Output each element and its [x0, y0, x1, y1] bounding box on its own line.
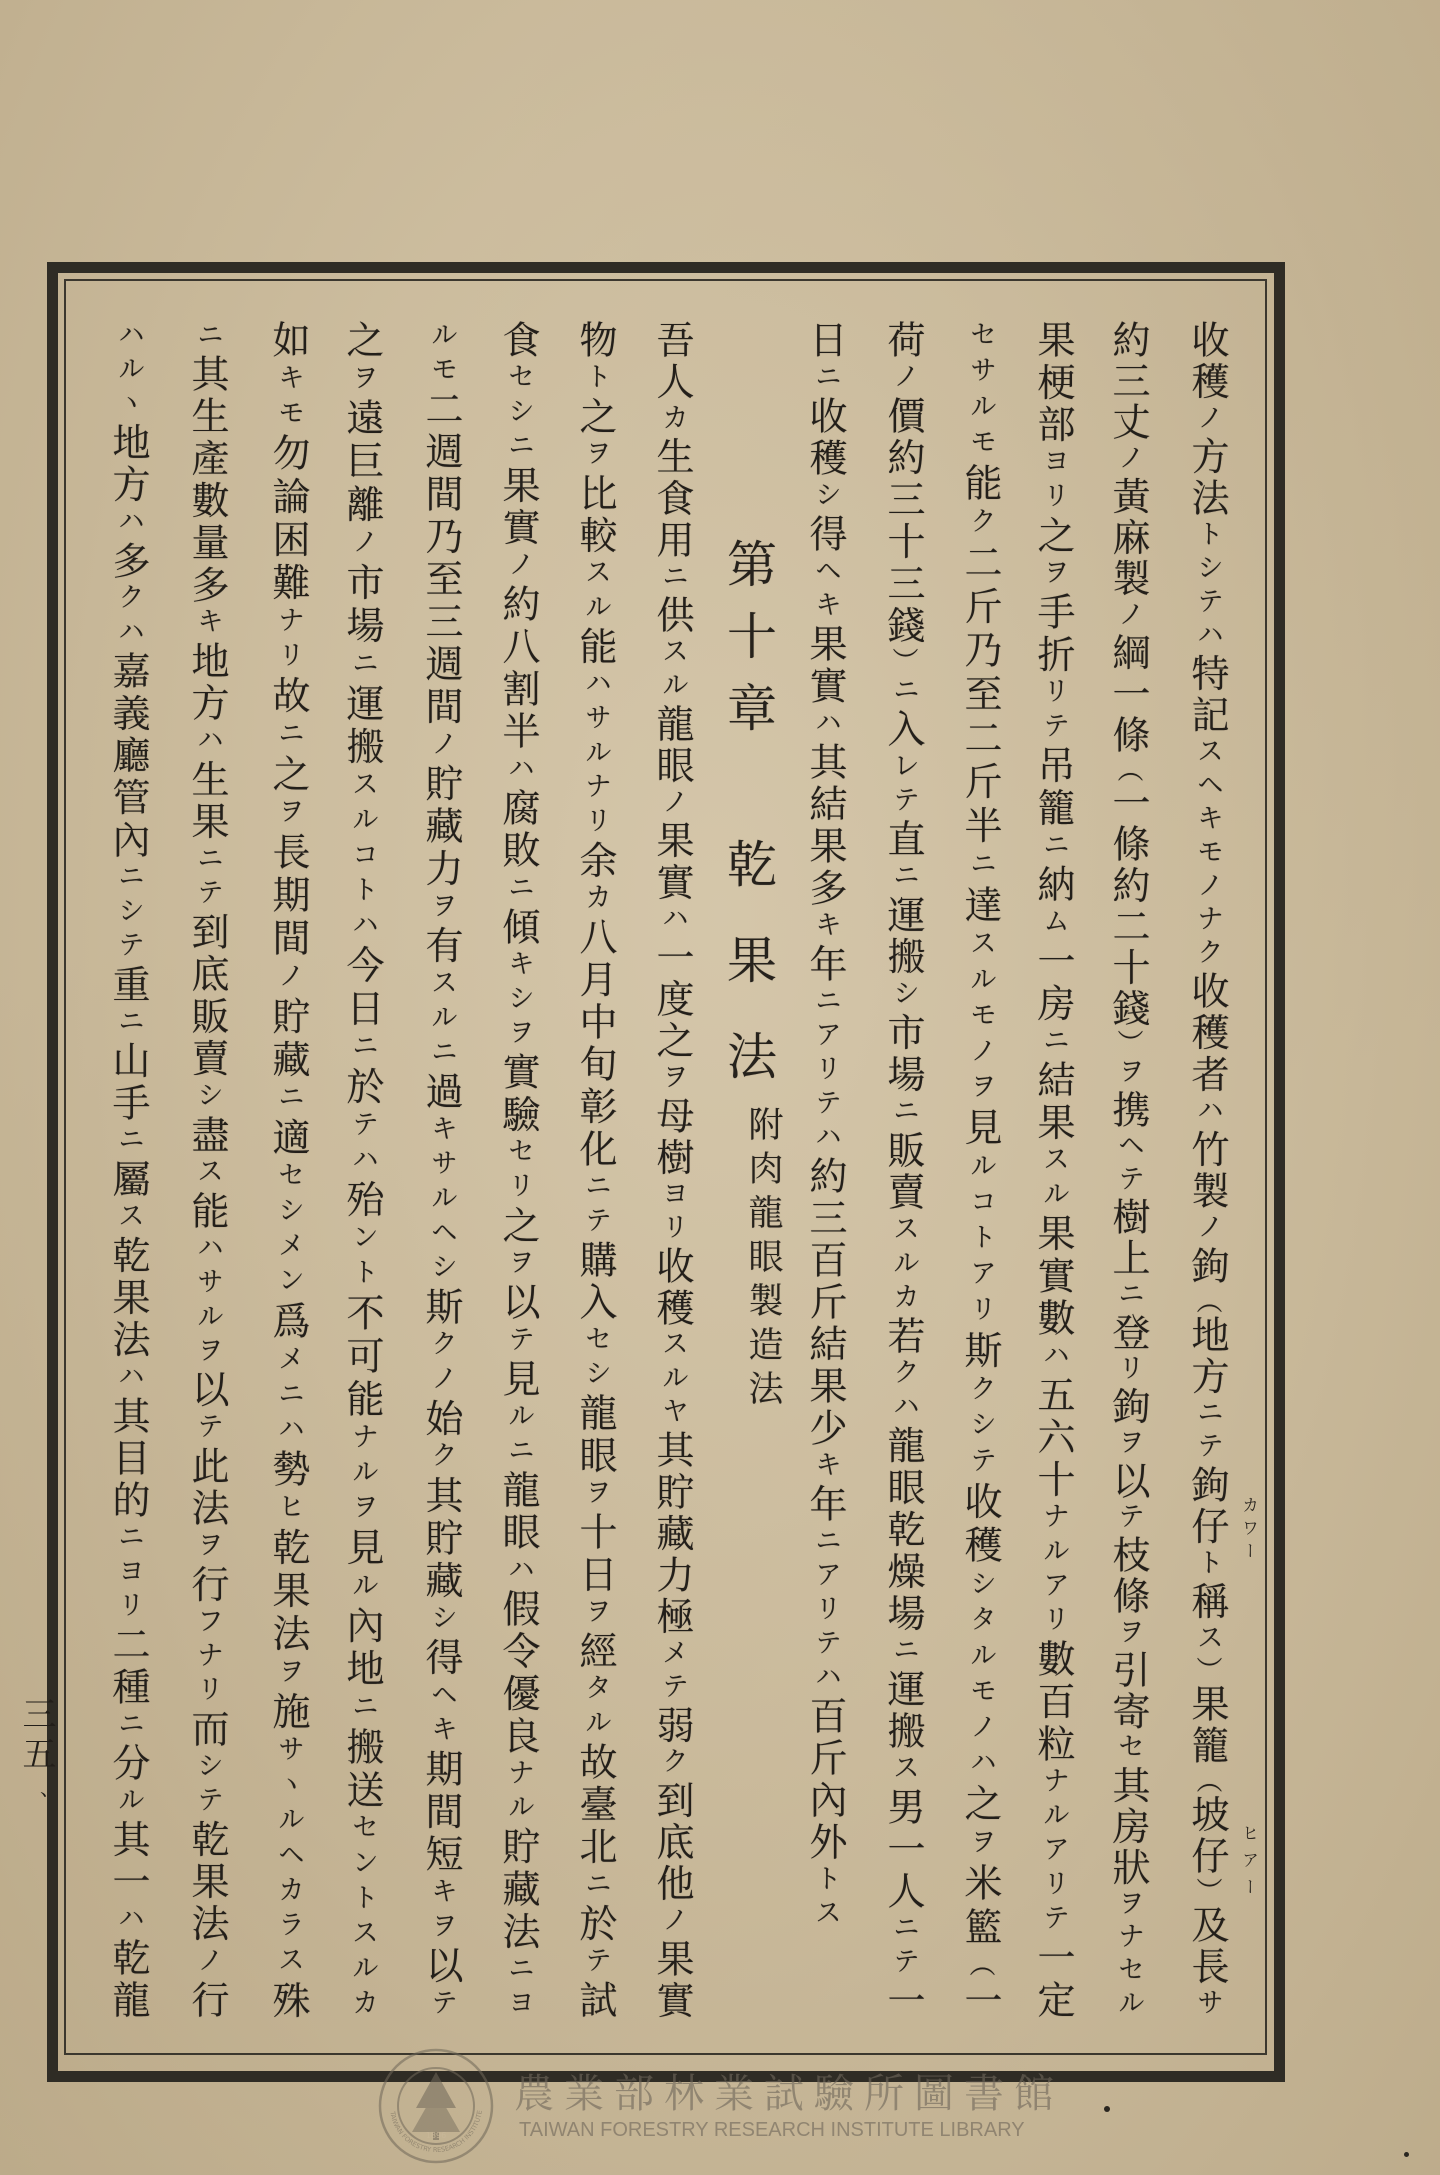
text-column-4: セサルモ能ク二斤乃至二斤半ニ達スルモノヲ見ルコトアリ斯クシテ收穫シタルモノハ之ヲ… [950, 320, 1010, 2020]
seal-year: 1896 [426, 2131, 446, 2140]
text-column-7: 吾人カ生食用ニ供スル龍眼ノ果實ハ一度之ヲ母樹ヨリ收穫スルヤ其貯藏力極メテ弱ク到底… [642, 320, 702, 2020]
chapter-title: 乾果法 [713, 838, 783, 1126]
text-column-12: 如キモ勿論困難ナリ故ニ之ヲ長期間ノ貯藏ニ適セシメン爲メニハ勢ヒ乾果法ヲ施サヽルヘ… [258, 320, 318, 2020]
scan-speck [1404, 2152, 1409, 2157]
text-column-2: 約三丈ノ黃麻製ノ綱一條（一條約二十錢）ヲ携ヘテ樹上ニ登リ鉤ヲ以テ枝條ヲ引寄セ其房… [1098, 320, 1158, 2020]
page-number-mark: 、 [40, 1772, 60, 1801]
furigana-reading: ヒアー [1236, 1824, 1260, 1905]
library-seal-icon: 1896 TAIWAN FORESTRY RESEARCH INSTITUTE [376, 2046, 496, 2166]
text-column-8: 物ト之ヲ比較スル能ハサルナリ余カ八月中旬彰化ニテ購入セシ龍眼ヲ十日ヲ經タル故臺北… [565, 320, 625, 2020]
text-column-9: 食セシニ果實ノ約八割半ハ腐敗ニ傾キシヲ實驗セリ之ヲ以テ見ルニ龍眼ハ假令優良ナル貯… [488, 320, 548, 2020]
scan-speck [1104, 2106, 1110, 2112]
text-column-11: 之ヲ遠巨離ノ市場ニ運搬スルコトハ今日ニ於テハ殆ント不可能ナルヲ見ル內地ニ搬送セン… [332, 320, 392, 2020]
text-column-10: ルモ二週間乃至三週間ノ貯藏力ヲ有スルニ過キサルヘシ斯クノ始ク其貯藏シ得ヘキ期間短… [411, 320, 471, 2020]
watermark-library-name-zh: 農業部林業試驗所圖書館 [514, 2072, 1064, 2116]
chapter-number: 第十章 [713, 538, 783, 754]
text-column-13: ニ其生產數量多キ地方ハ生果ニテ到底販賣シ盡ス能ハサルヲ以テ此法ヲ行フナリ而シテ乾… [177, 320, 237, 2020]
furigana-reading: カワー [1236, 1496, 1260, 1565]
text-column-3: 果梗部ヨリ之ヲ手折リテ吊籠ニ納ム一房ニ結果スル果實數ハ五六十ナルアリ數百粒ナルア… [1023, 320, 1083, 2020]
text-column-6: 日ニ收穫シ得ヘキ果實ハ其結果多キ年ニアリテハ約三百斤結果少キ年ニアリテハ百斤內外… [795, 320, 855, 2020]
chapter-subtitle: 附肉龍眼製造法 [742, 1106, 784, 1414]
text-column-1: 收穫ノ方法トシテハ特記スヘキモノナク收穫者ハ竹製ノ鉤（地方ニテ鉤仔ト稱ス）果籠（… [1177, 320, 1237, 2020]
text-column-5: 荷ノ價約三十三錢）ニ入レテ直ニ運搬シ市場ニ販賣スルカ若クハ龍眼乾燥場ニ運搬ス男一… [873, 320, 933, 2020]
page-number: 三五 [14, 1696, 58, 1776]
watermark-library-name-en: TAIWAN FORESTRY RESEARCH INSTITUTE LIBRA… [519, 2119, 1025, 2141]
text-column-14: ハルヽ地方ハ多クハ嘉義廳管內ニシテ重ニ山手ニ屬ス乾果法ハ其目的ニヨリ二種ニ分ル其… [98, 320, 158, 2020]
